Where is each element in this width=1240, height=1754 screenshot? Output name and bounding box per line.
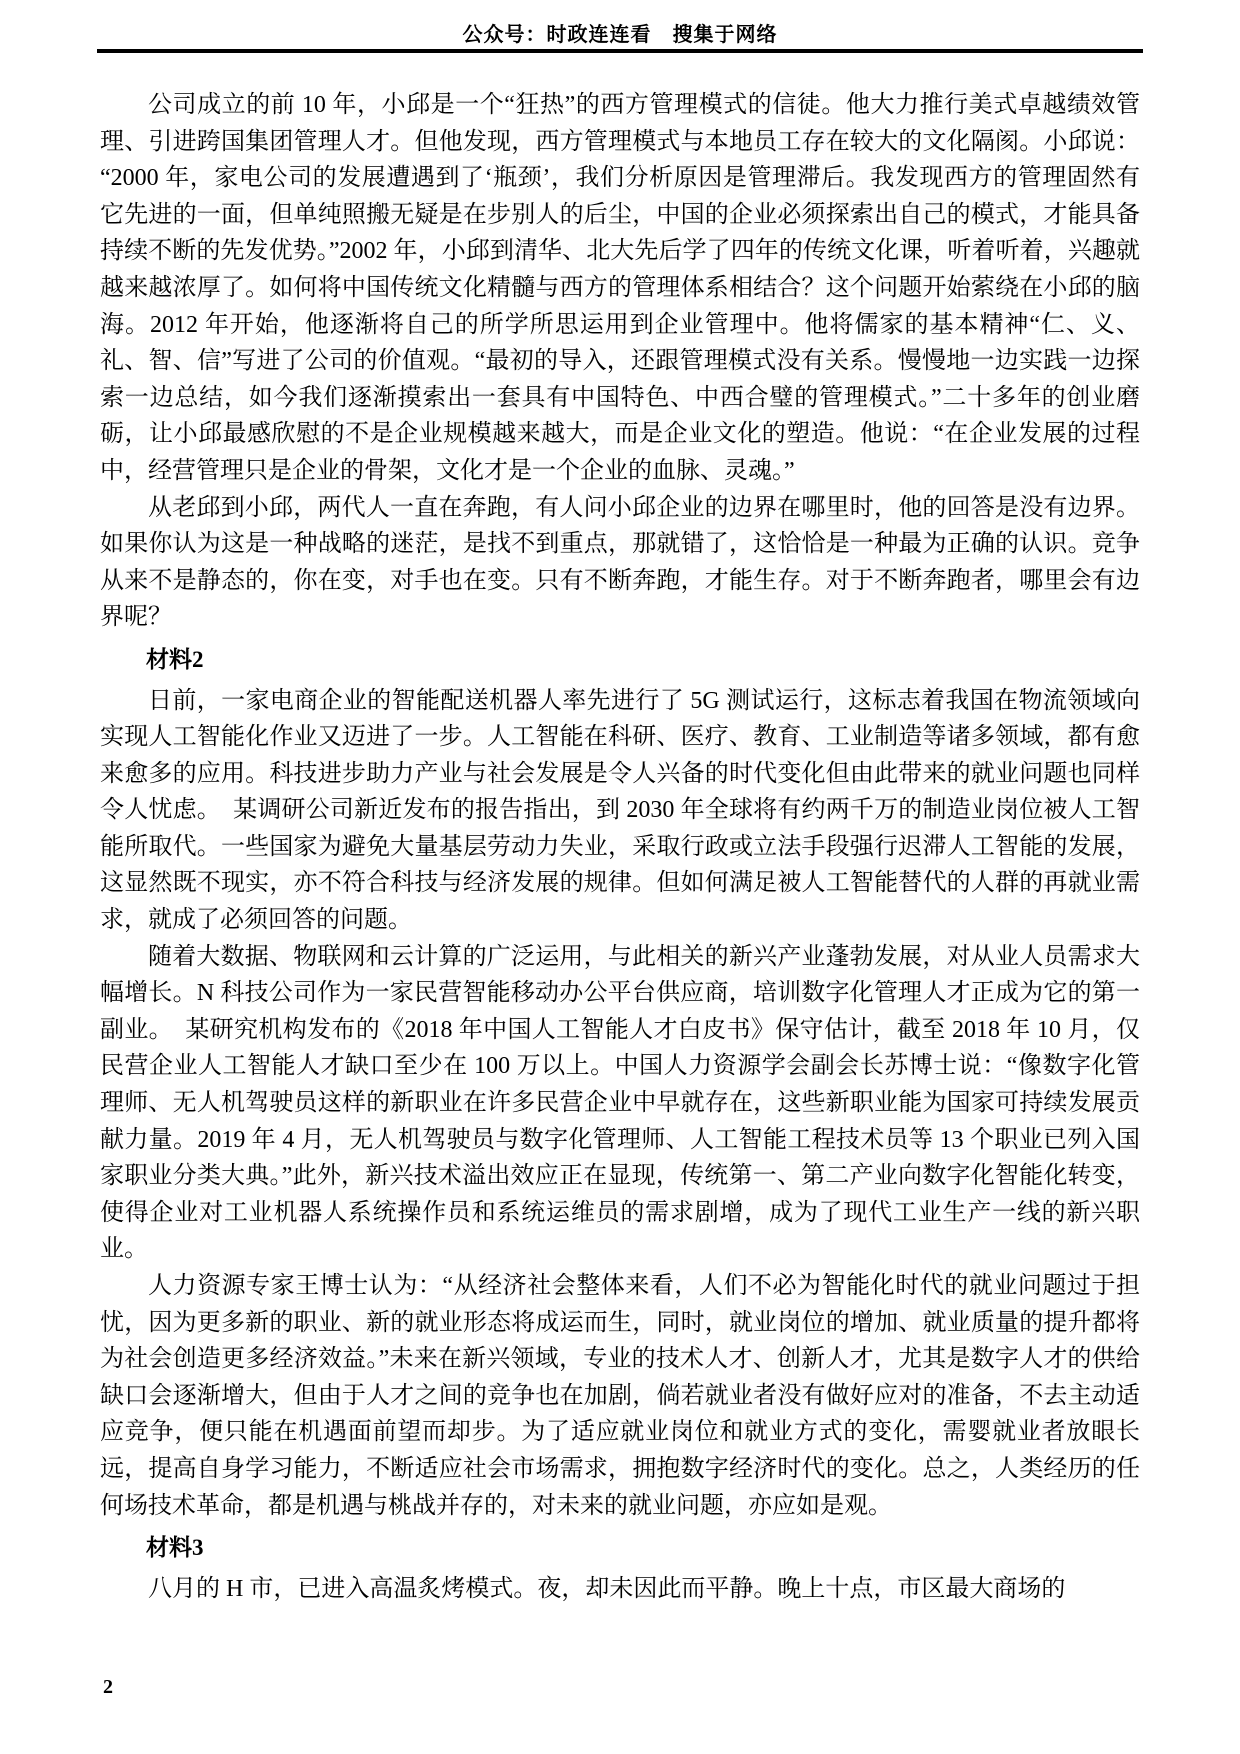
- section-heading-material-3: 材料3: [100, 1530, 1140, 1567]
- page-number: 2: [103, 1676, 113, 1699]
- paragraph-company-management: 公司成立的前 10 年，小邱是一个“狂热”的西方管理模式的信徒。他大力推行美式卓…: [100, 87, 1140, 490]
- paragraph-running-no-boundary: 从老邱到小邱，两代人一直在奔跑，有人问小邱企业的边界在哪里时，他的回答是没有边界…: [100, 490, 1140, 636]
- paragraph-august-h-city: 八月的 H 市，已进入高温炙烤模式。夜，却未因此而平静。晚上十点，市区最大商场的: [100, 1571, 1140, 1608]
- paragraph-ai-5g-jobs: 日前，一家电商企业的智能配送机器人率先进行了 5G 测试运行，这标志着我国在物流…: [100, 683, 1140, 939]
- document-page: 公众号：时政连连看 搜集于网络 公司成立的前 10 年，小邱是一个“狂热”的西方…: [0, 0, 1240, 1754]
- section-heading-material-2: 材料2: [100, 642, 1140, 679]
- page-header: 公众号：时政连连看 搜集于网络: [0, 0, 1240, 53]
- paragraph-big-data-new-occupations: 随着大数据、物联网和云计算的广泛运用，与此相关的新兴产业蓬勃发展，对从业人员需求…: [100, 939, 1140, 1268]
- paragraph-hr-expert-view: 人力资源专家王博士认为：“从经济社会整体来看，人们不必为智能化时代的就业问题过于…: [100, 1268, 1140, 1524]
- document-content: 公司成立的前 10 年，小邱是一个“狂热”的西方管理模式的信徒。他大力推行美式卓…: [100, 87, 1140, 1607]
- header-watermark-text: 公众号：时政连连看 搜集于网络: [0, 24, 1240, 46]
- header-rule: [97, 49, 1143, 53]
